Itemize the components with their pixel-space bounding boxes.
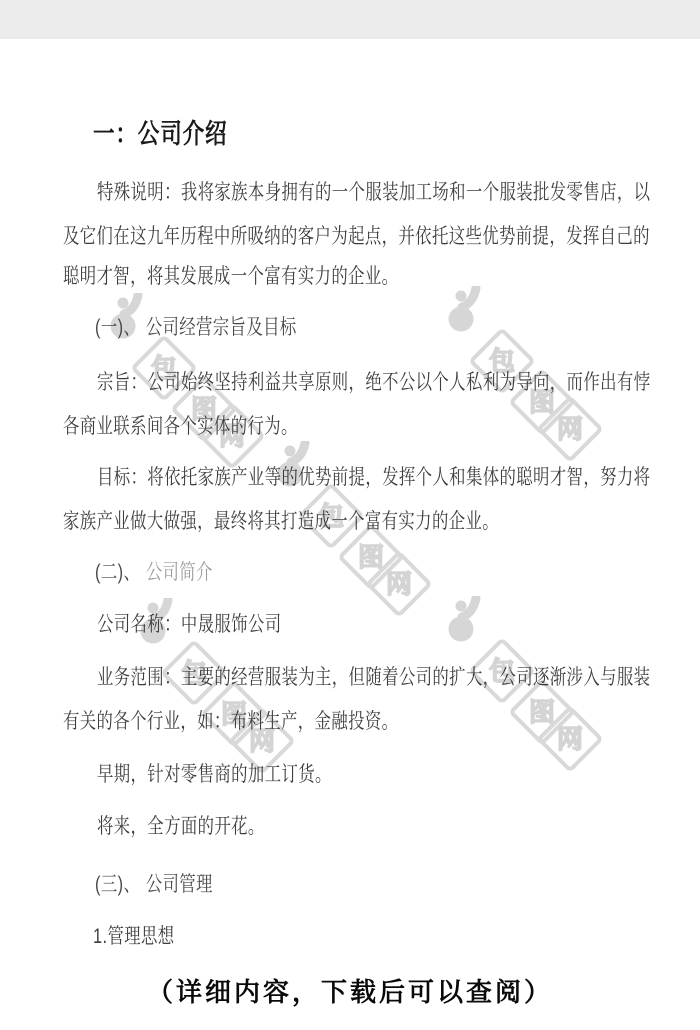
top-background-strip	[0, 0, 700, 39]
download-notice: （详细内容，下载后可以查阅）	[0, 972, 700, 1009]
section-heading-prefix: (一)、	[95, 317, 140, 338]
paragraph-line: 业务范围：主要的经营服装为主，但随着公司的扩大，公司逐渐涉入与服装	[97, 667, 650, 688]
paragraph-line: 目标：将依托家族产业等的优势前提，发挥个人和集体的聪明才智，努力将	[97, 467, 650, 488]
paragraph-line: 及它们在这九年历程中所吸纳的客户为起点，并依托这些优势前提，发挥自己的	[63, 226, 650, 247]
paragraph-line: 特殊说明：我将家族本身拥有的一个服装加工场和一个服装批发零售店，以	[97, 182, 650, 203]
section-heading-label: 公司管理	[146, 874, 213, 895]
watermark-char: 网	[386, 571, 412, 597]
section-heading-prefix: (二)、	[95, 562, 140, 583]
paragraph-line: 将来，全方面的开花。	[97, 816, 265, 837]
paragraph-line: 早期，针对零售商的加工订货。	[97, 764, 332, 785]
section-heading-3: (三)、 公司管理	[95, 874, 213, 895]
document-page: 包 图 网 包 图 网 包 图 网 包 图 网	[0, 0, 700, 1030]
paragraph-line: 聪明才智，将其发展成一个富有实力的企业。	[63, 266, 398, 287]
section-heading-1: (一)、 公司经营宗旨及目标	[95, 317, 297, 338]
section-heading-label: 公司简介	[146, 562, 213, 583]
paragraph-line: 各商业联系间各个实体的行为。	[63, 416, 298, 437]
ibaotu-logo-icon	[448, 286, 484, 332]
watermark-cluster: 包 图 网	[448, 286, 598, 454]
section-heading-prefix: (三)、	[95, 874, 140, 895]
paragraph-line: 家族产业做大做强，最终将其打造成一个富有实力的企业。	[63, 511, 499, 532]
document-title: 一：公司介绍	[93, 120, 227, 148]
watermark-char: 网	[557, 726, 583, 752]
ibaotu-logo-icon	[448, 596, 484, 642]
paragraph-line: 有关的各个行业，如：布料生产，金融投资。	[63, 711, 398, 732]
watermark-char: 图	[358, 544, 384, 570]
section-heading-2: (二)、 公司简介	[95, 562, 213, 583]
paragraph-line: 宗旨：公司始终坚持利益共享原则，绝不公以个人私利为导向，而作出有悖	[97, 372, 650, 393]
section-heading-label: 公司经营宗旨及目标	[146, 317, 297, 338]
watermark-char: 网	[557, 416, 583, 442]
watermark-char: 图	[529, 699, 555, 725]
paragraph-line: 公司名称：中晟服饰公司	[97, 614, 281, 635]
paragraph-line: 1.管理思想	[93, 926, 175, 947]
